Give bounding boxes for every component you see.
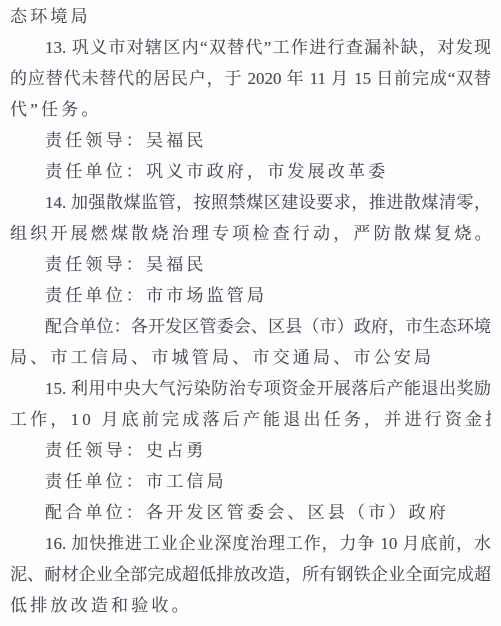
text-line: 责任领导：史占勇 [10, 435, 491, 466]
text-line: 代”任务。 [10, 94, 491, 125]
text-line: 组织开展燃煤散烧治理专项检查行动，严防散煤复烧。 [10, 218, 491, 249]
text-line: 责任领导：吴福民 [10, 125, 491, 156]
document-page: 态环境局13. 巩义市对辖区内“双替代”工作进行查漏补缺，对发现的应替代未替代的… [0, 0, 501, 626]
text-line: 泥、耐材企业全部完成超低排放改造，所有钢铁企业全面完成超 [10, 559, 491, 590]
text-line: 责任单位：巩义市政府，市发展改革委 [10, 156, 491, 187]
text-line: 态环境局 [10, 1, 491, 32]
text-line: 责任领导：吴福民 [10, 249, 491, 280]
text-line: 13. 巩义市对辖区内“双替代”工作进行查漏补缺，对发现 [10, 32, 491, 63]
text-line: 局、市工信局、市城管局、市交通局、市公安局 [10, 342, 491, 373]
text-line: 低排放改造和验收。 [10, 590, 491, 621]
text-line: 16. 加快推进工业企业深度治理工作，力争 10 月底前，水 [10, 528, 491, 559]
document-body: 态环境局13. 巩义市对辖区内“双替代”工作进行查漏补缺，对发现的应替代未替代的… [0, 0, 501, 626]
text-line: 工作，10 月底前完成落后产能退出任务，并进行资金拨付。 [10, 404, 491, 435]
text-line: 配合单位：各开发区管委会、区县（市）政府，市生态环境 [10, 311, 491, 342]
text-line: 14. 加强散煤监管，按照禁煤区建设要求，推进散煤清零， [10, 187, 491, 218]
text-line: 责任单位：市市场监管局 [10, 280, 491, 311]
text-line: 配合单位：各开发区管委会、区县（市）政府 [10, 497, 491, 528]
text-line: 责任单位：市工信局 [10, 466, 491, 497]
text-line: 15. 利用中央大气污染防治专项资金开展落后产能退出奖励 [10, 373, 491, 404]
text-line: 的应替代未替代的居民户，于 2020 年 11 月 15 日前完成“双替 [10, 63, 491, 94]
